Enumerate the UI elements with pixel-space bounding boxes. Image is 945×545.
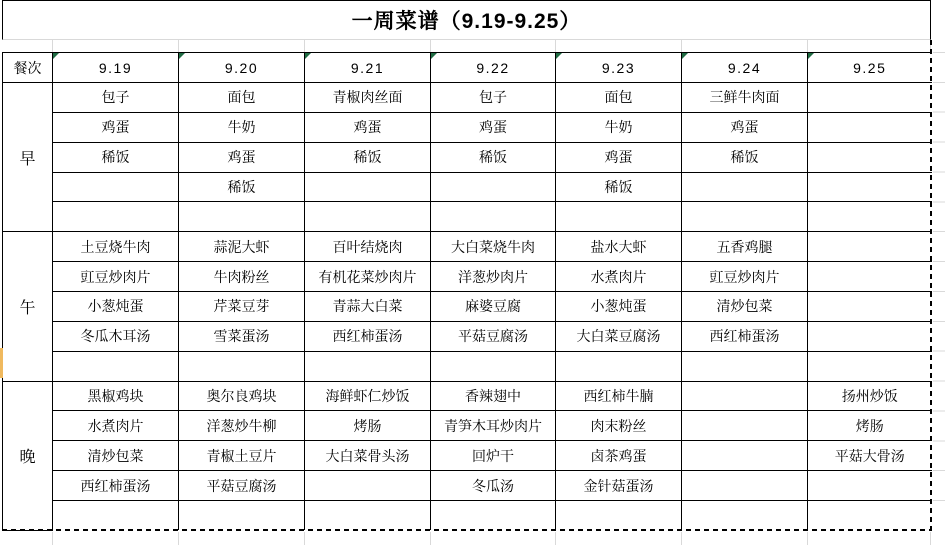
menu-cell[interactable]: 烤肠 [305,411,431,441]
menu-cell[interactable]: 盐水大虾 [556,232,682,262]
page-title: 一周菜谱（9.19-9.25） [2,0,931,40]
table-row [3,501,932,531]
menu-cell[interactable] [305,471,431,501]
menu-cell[interactable]: 稀饭 [305,142,431,172]
menu-cell[interactable] [808,471,932,501]
menu-cell[interactable]: 豇豆炒肉片 [682,262,808,292]
menu-cell[interactable]: 鸡蛋 [305,112,431,142]
menu-cell[interactable]: 青椒土豆片 [179,441,305,471]
table-row: 午土豆烧牛肉蒜泥大虾百叶结烧肉大白菜烧牛肉盐水大虾五香鸡腿 [3,232,932,262]
meal-section-label[interactable]: 早 [3,83,53,232]
menu-cell[interactable]: 金针菇蛋汤 [556,471,682,501]
green-triangle-icon [53,53,59,59]
header-date[interactable]: 9.23 [556,53,682,83]
menu-cell[interactable]: 蒜泥大虾 [179,232,305,262]
menu-cell[interactable]: 大白菜豆腐汤 [556,321,682,351]
menu-cell[interactable]: 五香鸡腿 [682,232,808,262]
margin-gridlines-right [933,52,945,530]
menu-cell[interactable] [556,202,682,232]
menu-cell[interactable] [53,501,179,531]
header-date-label: 9.19 [99,60,132,76]
menu-cell[interactable] [808,112,932,142]
menu-cell[interactable]: 稀饭 [53,142,179,172]
menu-cell[interactable]: 青椒肉丝面 [305,83,431,113]
menu-cell[interactable]: 包子 [431,83,556,113]
meal-section-label[interactable]: 晚 [3,381,53,530]
table-row: 早包子面包青椒肉丝面包子面包三鲜牛肉面 [3,83,932,113]
header-date[interactable]: 9.20 [179,53,305,83]
menu-cell[interactable]: 西红柿牛腩 [556,381,682,411]
menu-cell[interactable] [682,351,808,381]
menu-cell[interactable] [808,142,932,172]
page-break-horizontal [2,529,931,531]
menu-cell[interactable] [556,351,682,381]
menu-cell[interactable]: 黑椒鸡块 [53,381,179,411]
menu-cell[interactable]: 西红柿蛋汤 [305,321,431,351]
menu-cell[interactable]: 洋葱炒肉片 [431,262,556,292]
menu-cell[interactable] [808,202,932,232]
menu-cell[interactable]: 清炒包菜 [53,441,179,471]
menu-cell[interactable]: 稀饭 [556,172,682,202]
menu-cell[interactable]: 烤肠 [808,411,932,441]
menu-cell[interactable]: 香辣翅中 [431,381,556,411]
menu-cell[interactable]: 奥尔良鸡块 [179,381,305,411]
menu-cell[interactable] [808,172,932,202]
menu-cell[interactable]: 鸡蛋 [53,112,179,142]
header-date-label: 9.25 [853,60,886,76]
menu-cell[interactable]: 冬瓜木耳汤 [53,321,179,351]
menu-cell[interactable] [431,501,556,531]
menu-cell[interactable]: 西红柿蛋汤 [682,321,808,351]
header-date[interactable]: 9.24 [682,53,808,83]
menu-cell[interactable]: 小葱炖蛋 [53,292,179,322]
menu-cell[interactable] [682,381,808,411]
header-meal-type[interactable]: 餐次 [3,53,53,83]
menu-cell[interactable] [556,501,682,531]
meal-section-label[interactable]: 午 [3,232,53,381]
menu-cell[interactable] [808,351,932,381]
menu-cell[interactable]: 稀饭 [179,172,305,202]
table-row: 西红柿蛋汤平菇豆腐汤冬瓜汤金针菇蛋汤 [3,471,932,501]
menu-cell[interactable]: 冬瓜汤 [431,471,556,501]
menu-cell[interactable]: 鸡蛋 [556,142,682,172]
menu-cell[interactable] [431,172,556,202]
menu-cell[interactable]: 稀饭 [682,142,808,172]
menu-cell[interactable]: 稀饭 [431,142,556,172]
menu-cell[interactable] [808,83,932,113]
table-row: 小葱炖蛋芹菜豆芽青蒜大白菜麻婆豆腐小葱炖蛋清炒包菜 [3,292,932,322]
menu-cell[interactable] [808,292,932,322]
menu-cell[interactable]: 面包 [179,83,305,113]
green-triangle-icon [682,53,688,59]
menu-cell[interactable]: 土豆烧牛肉 [53,232,179,262]
menu-cell[interactable] [682,202,808,232]
header-date-label: 9.22 [476,60,509,76]
table-row: 豇豆炒肉片牛肉粉丝有机花菜炒肉片洋葱炒肉片水煮肉片豇豆炒肉片 [3,262,932,292]
menu-cell[interactable] [682,501,808,531]
menu-cell[interactable] [682,411,808,441]
menu-cell[interactable]: 面包 [556,83,682,113]
menu-cell[interactable] [305,351,431,381]
left-edge-marker [0,348,3,378]
menu-cell[interactable] [53,351,179,381]
menu-cell[interactable] [305,501,431,531]
header-row: 餐次 9.19 9.20 9.21 9.22 9.23 9.24 9.25 [3,53,932,83]
menu-cell[interactable] [808,232,932,262]
green-triangle-icon [808,53,814,59]
header-date[interactable]: 9.21 [305,53,431,83]
menu-cell[interactable]: 水煮肉片 [556,262,682,292]
menu-cell[interactable]: 鸡蛋 [682,112,808,142]
menu-cell[interactable]: 西红柿蛋汤 [53,471,179,501]
menu-cell[interactable]: 清炒包菜 [682,292,808,322]
header-date-label: 9.21 [351,60,384,76]
green-triangle-icon [431,53,437,59]
green-triangle-icon [179,53,185,59]
menu-cell[interactable] [808,321,932,351]
table-row [3,351,932,381]
menu-cell[interactable]: 小葱炖蛋 [556,292,682,322]
menu-cell[interactable] [431,351,556,381]
menu-cell[interactable] [179,202,305,232]
menu-cell[interactable]: 鸡蛋 [431,112,556,142]
menu-cell[interactable]: 牛奶 [556,112,682,142]
menu-cell[interactable]: 大白菜烧牛肉 [431,232,556,262]
menu-cell[interactable]: 包子 [53,83,179,113]
green-triangle-icon [556,53,562,59]
menu-table: 餐次 9.19 9.20 9.21 9.22 9.23 9.24 9.25 早包… [2,52,932,531]
menu-cell[interactable] [305,202,431,232]
menu-cell[interactable]: 牛肉粉丝 [179,262,305,292]
header-date[interactable]: 9.22 [431,53,556,83]
menu-cell[interactable] [808,262,932,292]
menu-cell[interactable]: 青笋木耳炒肉片 [431,411,556,441]
green-triangle-icon [305,53,311,59]
menu-cell[interactable] [179,501,305,531]
menu-cell[interactable]: 雪菜蛋汤 [179,321,305,351]
header-date-label: 9.24 [728,60,761,76]
menu-cell[interactable] [682,441,808,471]
menu-cell[interactable]: 回炉干 [431,441,556,471]
menu-cell[interactable]: 百叶结烧肉 [305,232,431,262]
header-date[interactable]: 9.25 [808,53,932,83]
table-row: 鸡蛋牛奶鸡蛋鸡蛋牛奶鸡蛋 [3,112,932,142]
table-row: 冬瓜木耳汤雪菜蛋汤西红柿蛋汤平菇豆腐汤大白菜豆腐汤西红柿蛋汤 [3,321,932,351]
header-date[interactable]: 9.19 [53,53,179,83]
menu-cell[interactable]: 平菇豆腐汤 [431,321,556,351]
header-date-label: 9.23 [602,60,635,76]
header-date-label: 9.20 [225,60,258,76]
menu-cell[interactable] [179,351,305,381]
table-row: 水煮肉片洋葱炒牛柳烤肠青笋木耳炒肉片肉末粉丝烤肠 [3,411,932,441]
menu-cell[interactable]: 有机花菜炒肉片 [305,262,431,292]
grid-gap-row [2,40,931,52]
table-row: 晚黑椒鸡块奥尔良鸡块海鲜虾仁炒饭香辣翅中西红柿牛腩扬州炒饭 [3,381,932,411]
menu-cell[interactable]: 肉末粉丝 [556,411,682,441]
menu-cell[interactable]: 三鲜牛肉面 [682,83,808,113]
menu-cell[interactable]: 平菇豆腐汤 [179,471,305,501]
menu-cell[interactable]: 海鲜虾仁炒饭 [305,381,431,411]
menu-cell[interactable]: 豇豆炒肉片 [53,262,179,292]
table-row: 稀饭稀饭 [3,172,932,202]
menu-cell[interactable] [682,172,808,202]
menu-cell[interactable] [53,202,179,232]
menu-cell[interactable]: 芹菜豆芽 [179,292,305,322]
menu-cell[interactable]: 卤茶鸡蛋 [556,441,682,471]
menu-cell[interactable] [682,471,808,501]
menu-cell[interactable] [431,202,556,232]
menu-cell[interactable]: 扬州炒饭 [808,381,932,411]
menu-cell[interactable] [53,172,179,202]
menu-cell[interactable]: 麻婆豆腐 [431,292,556,322]
menu-cell[interactable]: 鸡蛋 [179,142,305,172]
menu-cell[interactable]: 水煮肉片 [53,411,179,441]
page-break-vertical [930,40,932,531]
menu-cell[interactable]: 平菇大骨汤 [808,441,932,471]
table-row: 稀饭鸡蛋稀饭稀饭鸡蛋稀饭 [3,142,932,172]
menu-cell[interactable]: 牛奶 [179,112,305,142]
margin-gridlines-bottom [2,532,931,545]
menu-cell[interactable]: 洋葱炒牛柳 [179,411,305,441]
menu-cell[interactable]: 青蒜大白菜 [305,292,431,322]
menu-cell[interactable] [808,501,932,531]
table-row [3,202,932,232]
menu-cell[interactable] [305,172,431,202]
table-row: 清炒包菜青椒土豆片大白菜骨头汤回炉干卤茶鸡蛋平菇大骨汤 [3,441,932,471]
menu-cell[interactable]: 大白菜骨头汤 [305,441,431,471]
